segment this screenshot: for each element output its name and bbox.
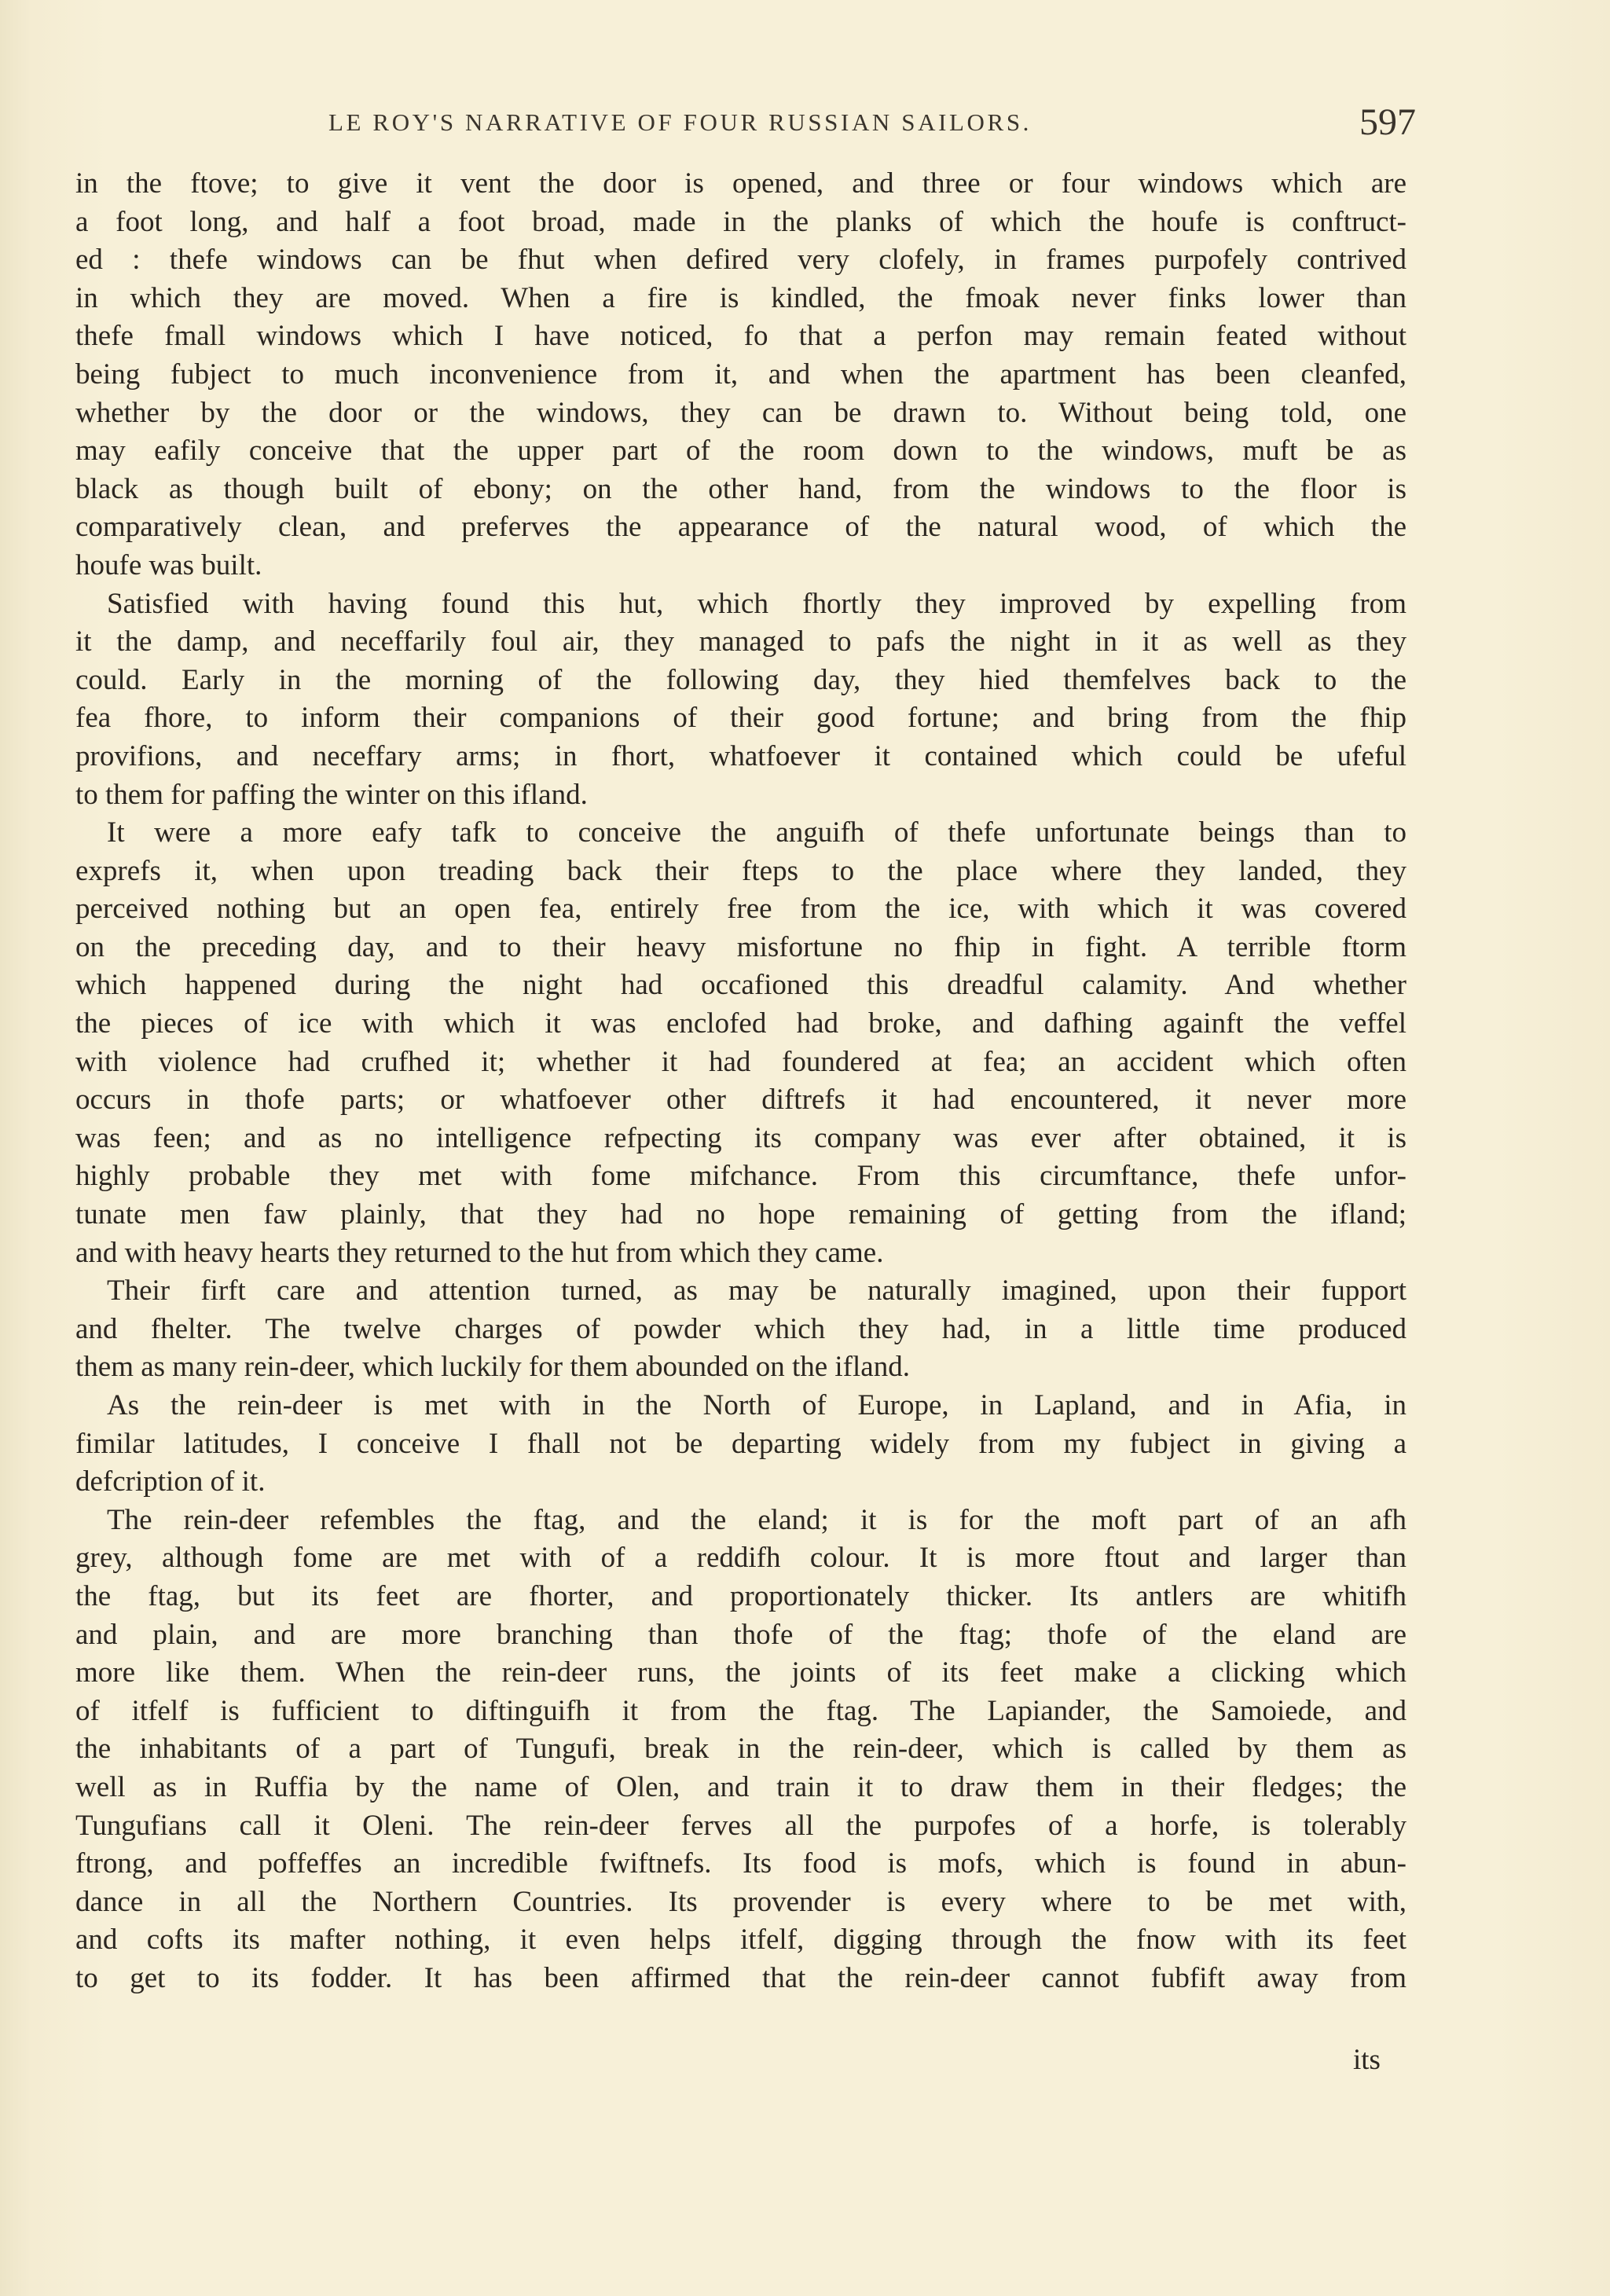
- text-line: dance in all the Northern Countries. Its…: [75, 1883, 1406, 1922]
- text-line: Their firft care and attention turned, a…: [75, 1272, 1406, 1311]
- text-line: As the rein-deer is met with in the Nort…: [75, 1387, 1406, 1425]
- text-line: could. Early in the morning of the follo…: [75, 662, 1406, 700]
- text-line: with violence had crufhed it; whether it…: [75, 1043, 1406, 1082]
- text-line: comparatively clean, and preferves the a…: [75, 508, 1406, 547]
- page-number: 597: [1359, 101, 1416, 144]
- text-line: It were a more eafy tafk to conceive the…: [75, 814, 1406, 853]
- text-line: of itfelf is fufficient to diftinguifh i…: [75, 1693, 1406, 1731]
- text-line: tunate men faw plainly, that they had no…: [75, 1196, 1406, 1234]
- text-line: and cofts its mafter nothing, it even he…: [75, 1921, 1406, 1960]
- text-line: fimilar latitudes, I conceive I fhall no…: [75, 1425, 1406, 1464]
- text-line: in which they are moved. When a fire is …: [75, 280, 1406, 318]
- text-line: being fubject to much inconvenience from…: [75, 356, 1406, 394]
- paragraph: in the ftove; to give it vent the door i…: [75, 165, 1406, 585]
- paragraph: Satisfied with having found this hut, wh…: [75, 585, 1406, 815]
- text-line: on the preceding day, and to their heavy…: [75, 929, 1406, 967]
- running-title: Le Roy's Narrative of Four Russian Sailo…: [328, 108, 1032, 137]
- catchword: its: [1353, 2043, 1381, 2077]
- text-line: and with heavy hearts they returned to t…: [75, 1234, 1406, 1273]
- body-text: in the ftove; to give it vent the door i…: [75, 165, 1406, 1998]
- text-line: thefe fmall windows which I have noticed…: [75, 317, 1406, 356]
- text-line: black as though built of ebony; on the o…: [75, 471, 1406, 509]
- book-page: Le Roy's Narrative of Four Russian Sailo…: [0, 0, 1610, 2296]
- text-line: provifions, and neceffary arms; in fhort…: [75, 738, 1406, 776]
- text-line: houfe was built.: [75, 547, 1406, 585]
- text-line: and plain, and are more branching than t…: [75, 1616, 1406, 1655]
- text-line: the pieces of ice with which it was encl…: [75, 1005, 1406, 1043]
- paragraph: Their firft care and attention turned, a…: [75, 1272, 1406, 1387]
- text-line: fea fhore, to inform their companions of…: [75, 699, 1406, 738]
- text-line: grey, although fome are met with of a re…: [75, 1539, 1406, 1578]
- text-line: occurs in thofe parts; or whatfoever oth…: [75, 1081, 1406, 1120]
- text-line: defcription of it.: [75, 1463, 1406, 1502]
- text-line: to get to its fodder. It has been affirm…: [75, 1960, 1406, 1998]
- text-line: whether by the door or the windows, they…: [75, 394, 1406, 433]
- text-line: ftrong, and poffeffes an incredible fwif…: [75, 1845, 1406, 1883]
- text-line: may eafily conceive that the upper part …: [75, 432, 1406, 471]
- paragraph: As the rein-deer is met with in the Nort…: [75, 1387, 1406, 1502]
- text-line: the ftag, but its feet are fhorter, and …: [75, 1578, 1406, 1616]
- text-line: the inhabitants of a part of Tungufi, br…: [75, 1730, 1406, 1769]
- text-line: highly probable they met with fome mifch…: [75, 1157, 1406, 1196]
- text-line: them as many rein-deer, which luckily fo…: [75, 1348, 1406, 1387]
- paragraph: It were a more eafy tafk to conceive the…: [75, 814, 1406, 1272]
- text-line: well as in Ruffia by the name of Olen, a…: [75, 1769, 1406, 1807]
- text-line: a foot long, and half a foot broad, made…: [75, 204, 1406, 242]
- text-line: The rein-deer refembles the ftag, and th…: [75, 1502, 1406, 1540]
- text-line: ed : thefe windows can be fhut when defi…: [75, 241, 1406, 280]
- text-line: which happened during the night had occa…: [75, 966, 1406, 1005]
- text-line: Satisfied with having found this hut, wh…: [75, 585, 1406, 624]
- paragraph: The rein-deer refembles the ftag, and th…: [75, 1502, 1406, 1998]
- text-line: Tungufians call it Oleni. The rein-deer …: [75, 1807, 1406, 1846]
- text-line: and fhelter. The twelve charges of powde…: [75, 1311, 1406, 1349]
- text-line: exprefs it, when upon treading back thei…: [75, 853, 1406, 891]
- text-line: it the damp, and neceffarily foul air, t…: [75, 623, 1406, 662]
- text-line: perceived nothing but an open fea, entir…: [75, 890, 1406, 929]
- text-line: to them for paffing the winter on this i…: [75, 776, 1406, 815]
- text-line: more like them. When the rein-deer runs,…: [75, 1654, 1406, 1693]
- text-line: was feen; and as no intelligence refpect…: [75, 1120, 1406, 1158]
- text-line: in the ftove; to give it vent the door i…: [75, 165, 1406, 204]
